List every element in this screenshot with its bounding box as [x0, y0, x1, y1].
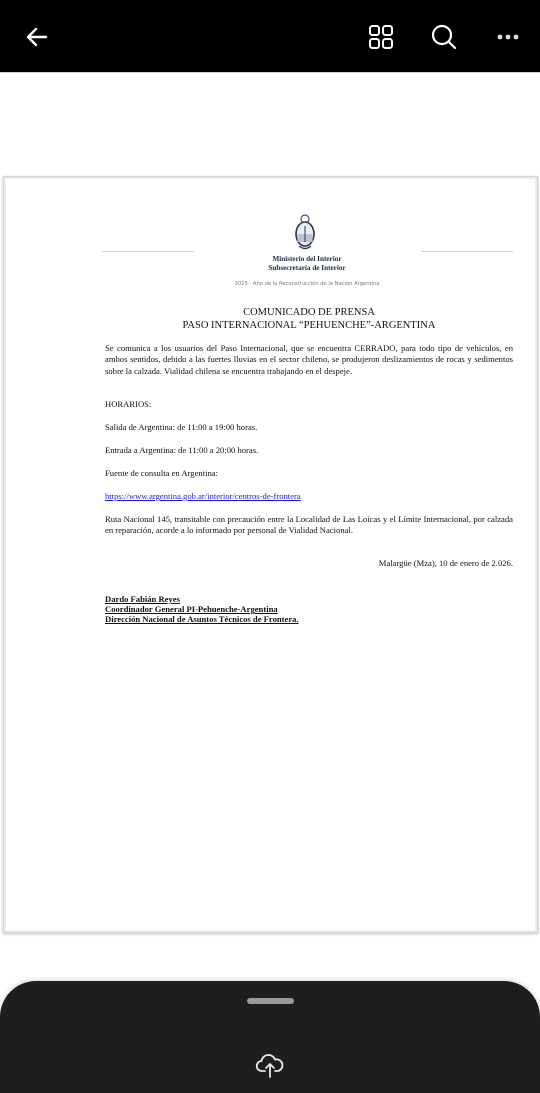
signer-role: Coordinador General PI-Pehuenche-Argenti…	[105, 604, 299, 614]
fuente-label: Fuente de consulta en Argentina:	[105, 468, 513, 479]
grid-view-button[interactable]	[364, 20, 398, 54]
entrada-schedule: Entrada a Argentina: de 11:00 a 20:00 ho…	[105, 445, 513, 456]
horarios-label: HORARIOS:	[105, 399, 513, 410]
signer-department: Dirección Nacional de Asuntos Técnicos d…	[105, 614, 299, 624]
ministry-name: Ministerio del Interior Subsecretaría de…	[204, 255, 410, 272]
back-button[interactable]	[20, 20, 54, 54]
signer-name: Dardo Fabián Reyes	[105, 594, 299, 604]
ministry-line-1: Ministerio del Interior	[204, 255, 410, 264]
header-divider-right	[421, 251, 513, 252]
ministry-line-2: Subsecretaría de Interior	[204, 264, 410, 273]
coat-of-arms-icon	[293, 213, 317, 251]
drag-handle[interactable]	[247, 998, 294, 1004]
date-line: Malargüe (Mza), 10 de enero de 2.026.	[105, 558, 513, 569]
source-link[interactable]: https://www.argentina.gob.ar/interior/ce…	[105, 491, 513, 502]
search-button[interactable]	[427, 20, 461, 54]
more-options-button[interactable]	[491, 20, 525, 54]
grid-view-icon	[368, 24, 394, 50]
document-title: COMUNICADO DE PRENSA PASO INTERNACIONAL …	[104, 306, 514, 332]
document-page: Ministerio del Interior Subsecretaría de…	[3, 176, 538, 933]
title-line-1: COMUNICADO DE PRENSA	[104, 306, 514, 319]
ruta-paragraph: Ruta Nacional 145, transitable con preca…	[105, 514, 513, 537]
search-icon	[430, 23, 458, 51]
top-toolbar	[0, 0, 540, 73]
header-divider-left	[102, 251, 194, 252]
year-motto: 2025 - Año de la Reconstrucción de la Na…	[154, 281, 460, 287]
signature-block: Dardo Fabián Reyes Coordinador General P…	[105, 594, 299, 625]
closure-paragraph: Se comunica a los usuarios del Paso Inte…	[105, 343, 513, 377]
salida-schedule: Salida de Argentina: de 11:00 a 19:00 ho…	[105, 422, 513, 433]
arrow-left-icon	[24, 24, 50, 50]
bottom-sheet	[0, 981, 540, 1093]
more-horizontal-icon	[495, 32, 521, 42]
upload-button[interactable]	[254, 1051, 286, 1079]
cloud-upload-icon	[255, 1052, 285, 1078]
title-line-2: PASO INTERNACIONAL “PEHUENCHE”-ARGENTINA	[104, 319, 514, 332]
